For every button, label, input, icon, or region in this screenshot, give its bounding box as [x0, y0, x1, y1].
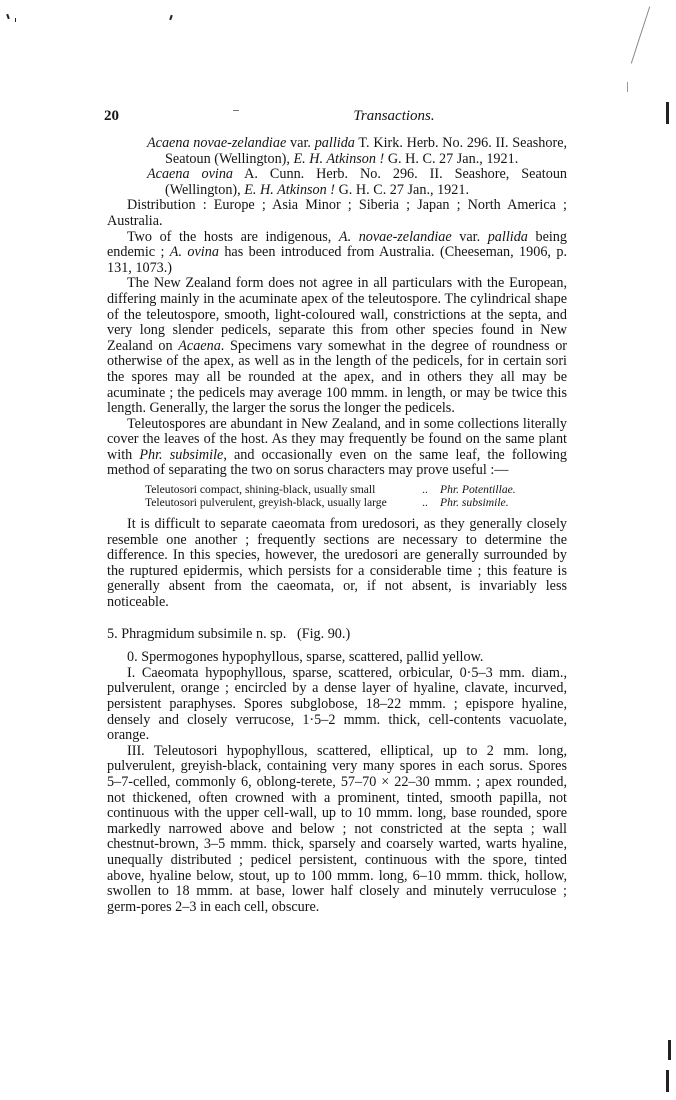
key-result: Phr. subsimile.: [440, 496, 509, 509]
scan-mark: [631, 6, 650, 63]
section-number: 5.: [107, 626, 118, 642]
host-date: G. H. C. 27 Jan., 1921.: [335, 182, 469, 198]
scan-mark: [15, 18, 16, 22]
host-entry: Acaena ovina A. Cunn. Herb. No. 296. II.…: [147, 167, 567, 198]
host-var-label: var.: [290, 135, 311, 151]
scan-mark: [169, 15, 173, 20]
host-authority: T. Kirk. Herb. No. 296.: [358, 135, 491, 151]
host-entry: Acaena novae-zelandiae var. pallida T. K…: [147, 136, 567, 167]
key-description: Teleutosori pulverulent, greyish-black, …: [145, 496, 410, 509]
section-heading: 5. Phragmidum subsimile n. sp. (Fig. 90.…: [107, 627, 567, 643]
figure-reference: (Fig. 90.): [297, 626, 350, 642]
stage-I-description: I. Caeomata hypophyllous, sparse, scatte…: [107, 666, 567, 744]
host-name: Acaena novae-zelandiae: [147, 135, 286, 151]
taxon: A. novae-zelandiae: [339, 229, 452, 245]
key-row: Teleutosori compact, shining-black, usua…: [145, 483, 567, 496]
key-description: Teleutosori compact, shining-black, usua…: [145, 483, 410, 496]
host-collector: E. H. Atkinson !: [294, 151, 385, 167]
stage-0-description: 0. Spermogones hypophyllous, sparse, sca…: [107, 650, 567, 666]
taxon: Acaena: [178, 338, 221, 354]
running-head: Transactions.: [184, 108, 604, 125]
host-name: Acaena ovina: [147, 166, 233, 182]
text: var.: [452, 229, 488, 245]
scan-mark: [666, 102, 669, 124]
page-number: 20: [104, 108, 119, 125]
page-body: Acaena novae-zelandiae var. pallida T. K…: [107, 136, 567, 915]
host-variety: pallida: [315, 135, 355, 151]
key-result: Phr. Potentillae.: [440, 483, 516, 496]
scan-mark: [666, 1070, 669, 1092]
paragraph-caeomata: It is difficult to separate caeomata fro…: [107, 517, 567, 611]
page-header: 20 Transactions.: [104, 108, 664, 130]
key-leader: ..: [410, 483, 440, 496]
taxon: pallida: [488, 229, 528, 245]
identification-key: Teleutosori compact, shining-black, usua…: [145, 483, 567, 509]
scanned-page: 20 Transactions. Acaena novae-zelandiae …: [0, 0, 676, 1100]
paragraph-nz-form: The New Zealand form does not agree in a…: [107, 276, 567, 416]
scan-mark: [668, 1040, 671, 1060]
stage-III-description: III. Teleutosori hypophyllous, scattered…: [107, 744, 567, 916]
taxon: A. ovina: [170, 244, 219, 260]
taxon: Phr. subsimile: [139, 447, 223, 463]
scan-mark: [6, 14, 10, 19]
host-collector: E. H. Atkinson !: [244, 182, 335, 198]
section-species: Phragmidum subsimile n. sp.: [121, 626, 286, 642]
text: Two of the hosts are indigenous,: [127, 229, 339, 245]
paragraph-hosts: Two of the hosts are indigenous, A. nova…: [107, 230, 567, 277]
scan-mark: [627, 82, 628, 92]
key-leader: ..: [410, 496, 440, 509]
key-row: Teleutosori pulverulent, greyish-black, …: [145, 496, 567, 509]
host-date: G. H. C. 27 Jan., 1921.: [384, 151, 518, 167]
paragraph-teleutospores: Teleutospores are abundant in New Zealan…: [107, 417, 567, 479]
distribution: Distribution : Europe ; Asia Minor ; Sib…: [107, 198, 567, 229]
